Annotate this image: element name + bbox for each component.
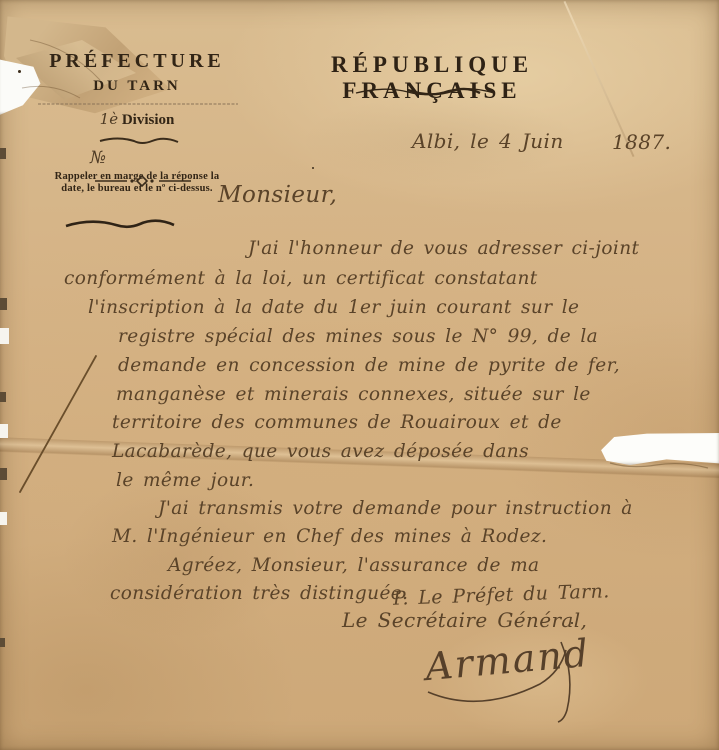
dateline: Albi, le 4 Juin: [412, 129, 564, 153]
body-line: registre spécial des mines sous le N° 99…: [118, 326, 598, 347]
letterhead-note: Rappeler en marge de la réponse la date,…: [28, 171, 246, 195]
body-line: considération très distinguée.: [110, 583, 408, 604]
edge-tear-chip: [0, 298, 7, 310]
edge-tear-chip: [0, 468, 7, 480]
body-line: territoire des communes de Rouairoux et …: [112, 412, 562, 433]
ink-speck: [18, 70, 21, 73]
body-line: manganèse et minerais connexes, située s…: [116, 384, 591, 405]
edge-tear-chip: [0, 638, 5, 647]
edge-tear-chip: [0, 392, 6, 402]
salutation: Monsieur,: [218, 182, 337, 208]
scanned-letter-page: PRÉFECTURE DU TARN 1è Division № Rappele…: [0, 0, 719, 750]
letterhead-block: PRÉFECTURE DU TARN 1è Division № Rappele…: [28, 50, 246, 195]
republique-francaise-title: RÉPUBLIQUE FRANÇAISE: [242, 52, 622, 104]
signatory-title: Le Secrétaire Général,: [342, 608, 587, 632]
body-line: Agréez, Monsieur, l'assurance de ma: [168, 555, 539, 576]
edge-tear-chip: [0, 148, 6, 159]
letterhead-division: 1è Division: [28, 110, 246, 129]
letterhead-department: DU TARN: [28, 78, 246, 95]
body-line: l'inscription à la date du 1er juin cour…: [88, 297, 579, 318]
ink-speck: [312, 167, 314, 169]
body-line: J'ai transmis votre demande pour instruc…: [158, 498, 633, 519]
edge-tear-chip: [0, 512, 7, 525]
body-line: le même jour.: [116, 470, 254, 491]
body-line: Lacabarède, que vous avez déposée dans: [112, 441, 529, 462]
edge-tear-chip: [0, 424, 8, 438]
division-number-handwritten: 1è: [100, 110, 118, 128]
dateline-year: 1887.: [612, 130, 671, 154]
numero-mark: №: [90, 148, 106, 168]
letterhead-note-line2: date, le bureau et le nº ci-dessus.: [28, 183, 246, 195]
letterhead-note-line1: Rappeler en marge de la réponse la: [28, 171, 246, 183]
body-line: M. l'Ingénieur en Chef des mines à Rodez…: [112, 526, 547, 547]
body-line: demande en concession de mine de pyrite …: [118, 355, 620, 376]
body-line: conformément à la loi, un certificat con…: [64, 268, 538, 289]
edge-tear-chip: [0, 328, 9, 344]
body-line: J'ai l'honneur de vous adresser ci-joint: [248, 238, 639, 259]
letterhead-office: PRÉFECTURE: [28, 50, 246, 73]
division-label: Division: [122, 112, 175, 128]
